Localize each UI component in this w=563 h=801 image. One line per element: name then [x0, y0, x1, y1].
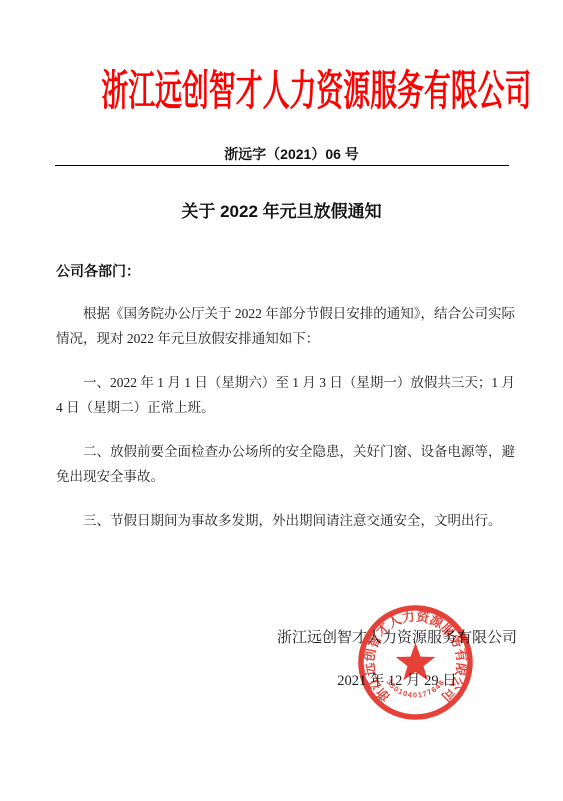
notice-title: 关于 2022 年元旦放假通知	[0, 201, 563, 223]
notice-body: 根据《国务院办公厅关于 2022 年部分节假日安排的通知》，结合公司实际情况，现…	[56, 301, 515, 552]
document-number: 浙远字（2021）06 号	[10, 146, 563, 162]
paragraph-item-2: 二、放假前要全面检查办公场所的安全隐患，关好门窗、设备电源等，避免出现安全事故。	[56, 439, 515, 489]
signature-block: 浙江远创智才人力资源服务有限公司 2021 年 12 月 29 日	[257, 628, 537, 691]
signature-company-name: 浙江远创智才人力资源服务有限公司	[257, 628, 537, 648]
paragraph-item-1: 一、2022 年 1 月 1 日（星期六）至 1 月 3 日（星期一）放假共三天…	[56, 370, 515, 420]
letterhead-divider-line	[55, 165, 509, 166]
paragraph-item-3: 三、节假日期间为事故多发期，外出期间请注意交通安全，文明出行。	[56, 508, 515, 533]
signature-date: 2021 年 12 月 29 日	[257, 671, 537, 691]
salutation: 公司各部门：	[56, 263, 140, 283]
paragraph-intro: 根据《国务院办公厅关于 2022 年部分节假日安排的通知》，结合公司实际情况，现…	[56, 301, 515, 351]
company-letterhead: 浙江远创智才人力资源服务有限公司	[101, 68, 461, 114]
